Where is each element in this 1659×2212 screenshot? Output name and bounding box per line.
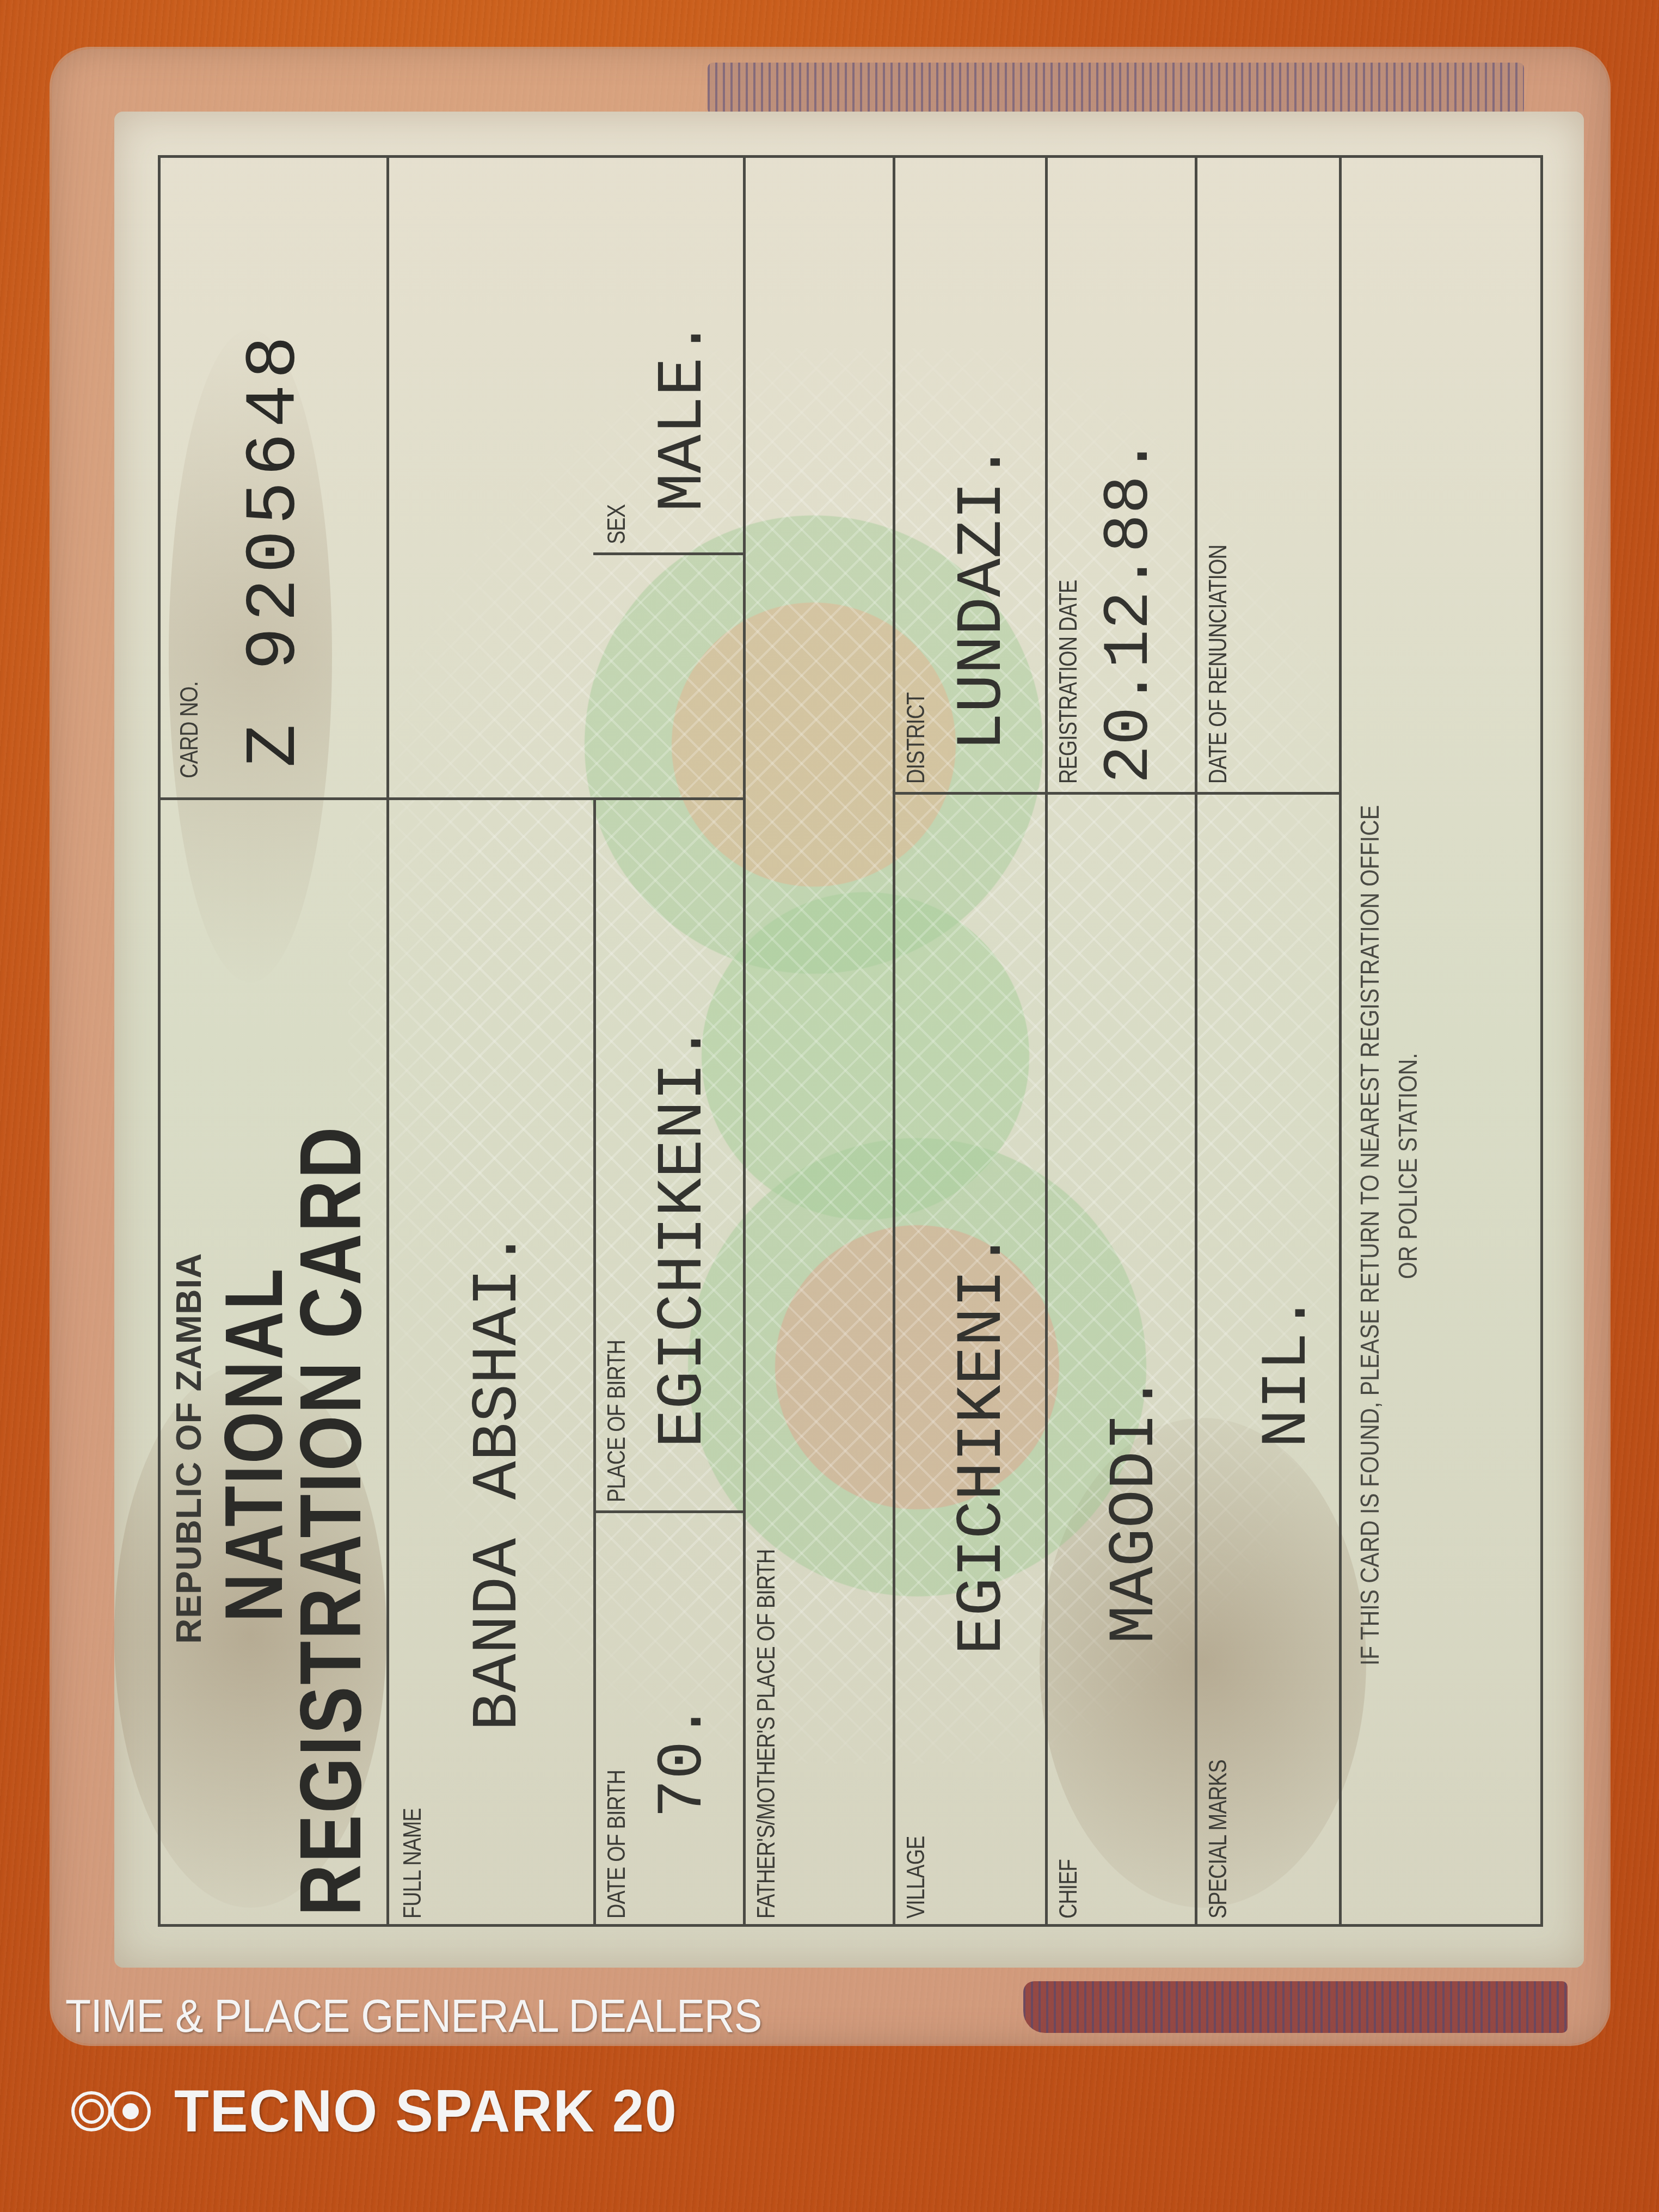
footer-line2: OR POLICE STATION.: [1393, 1053, 1423, 1279]
row-divider: [1045, 158, 1048, 1927]
full-name-value: BANDA ABSHAI.: [463, 1230, 535, 1731]
pob-value: EGICHIKENI.: [648, 1024, 720, 1448]
sex-value: MALE.: [648, 319, 720, 512]
watermark-device: TECNO SPARK 20: [71, 2076, 704, 2146]
card-no-label: CARD No.: [174, 681, 204, 778]
border-left: [158, 1924, 1540, 1927]
chief-label: CHIEF: [1053, 1859, 1083, 1919]
card-no-value: Z 9205648: [234, 330, 316, 767]
watermark-caption: TIME & PLACE GENERAL DEALERS: [65, 1989, 762, 2043]
col-divider-right: [893, 792, 1339, 795]
col-divider-dob: [593, 1510, 746, 1513]
village-label: VILLAGE: [901, 1836, 930, 1919]
row-divider: [386, 158, 389, 1927]
village-value: EGICHIKENI.: [947, 1231, 1019, 1655]
registration-date-label: REGISTRATION DATE: [1053, 580, 1083, 784]
row-divider: [593, 800, 596, 1927]
renunciation-label: DATE OF RENUNCIATION: [1203, 545, 1232, 784]
tecno-camera-rings-icon: [71, 2090, 152, 2133]
district-label: DISTRICT: [901, 693, 930, 784]
registration-date-value: 20.12.88.: [1094, 437, 1166, 784]
header-country: REPUBLIC OF ZAMBIA: [169, 1253, 209, 1644]
footer-line1: IF THIS CARD IS FOUND, PLEASE RETURN TO …: [1355, 805, 1385, 1666]
header-title-line2: REGISTRATION CARD: [280, 1125, 380, 1916]
special-marks-label: SPECIAL MARKS: [1203, 1760, 1232, 1919]
parents-pob-label: FATHER'S/MOTHER'S PLACE OF BIRTH: [751, 1550, 781, 1919]
sleeve-hologram-stripe-bottom: [1023, 1981, 1568, 2033]
device-brand-text: TECNO SPARK 20: [174, 2076, 678, 2146]
card-content-rotated: REPUBLIC OF ZAMBIA NATIONAL REGISTRATION…: [158, 158, 1540, 1927]
row-divider: [1195, 158, 1197, 1927]
dob-value: 70.: [648, 1703, 720, 1818]
border-bottom: [1540, 158, 1543, 1927]
district-value: LUNDAZI.: [947, 443, 1019, 752]
col-divider-cardno: [158, 797, 746, 800]
dob-label: DATE OF BIRTH: [601, 1770, 631, 1919]
sex-label: SEX: [601, 505, 631, 544]
row-divider: [743, 158, 746, 1927]
row-divider: [893, 158, 895, 1927]
pob-label: PLACE OF BIRTH: [601, 1340, 631, 1502]
border-top: [158, 158, 161, 1927]
special-marks-value: NIL.: [1252, 1294, 1324, 1448]
full-name-label: FULL NAME: [397, 1808, 427, 1919]
border-right: [158, 155, 1543, 158]
chief-value: MAGODI.: [1099, 1374, 1172, 1644]
col-divider-sex: [593, 552, 746, 555]
row-divider: [1339, 158, 1342, 1927]
sleeve-hologram-stripe-top: [708, 63, 1524, 114]
